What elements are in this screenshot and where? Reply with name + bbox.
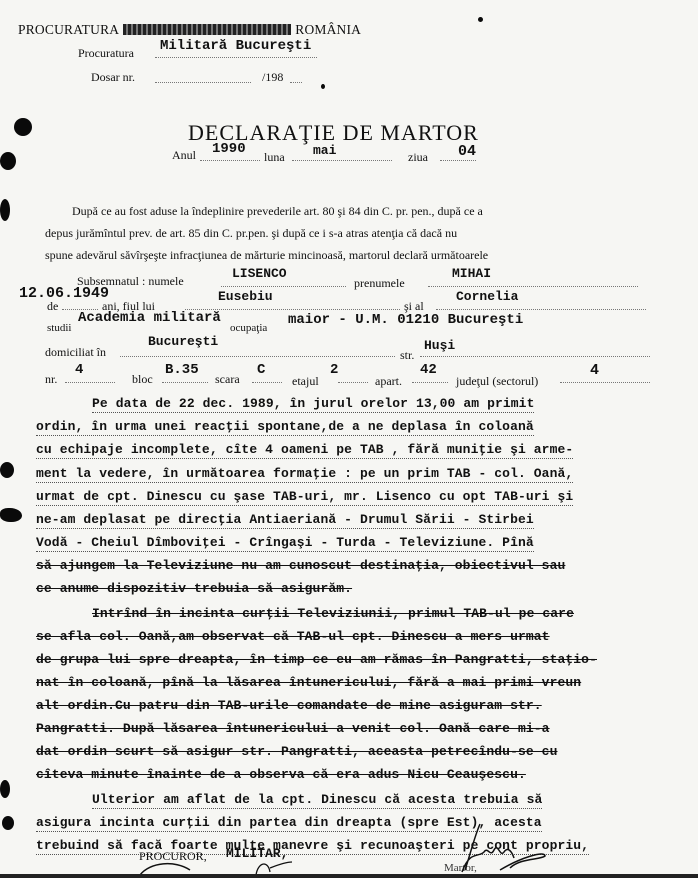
signature-marks <box>0 0 698 878</box>
document-page: PROCURATURAROMÂNIA Procuratura Militară … <box>0 0 698 878</box>
scan-bottom-edge <box>0 874 698 878</box>
